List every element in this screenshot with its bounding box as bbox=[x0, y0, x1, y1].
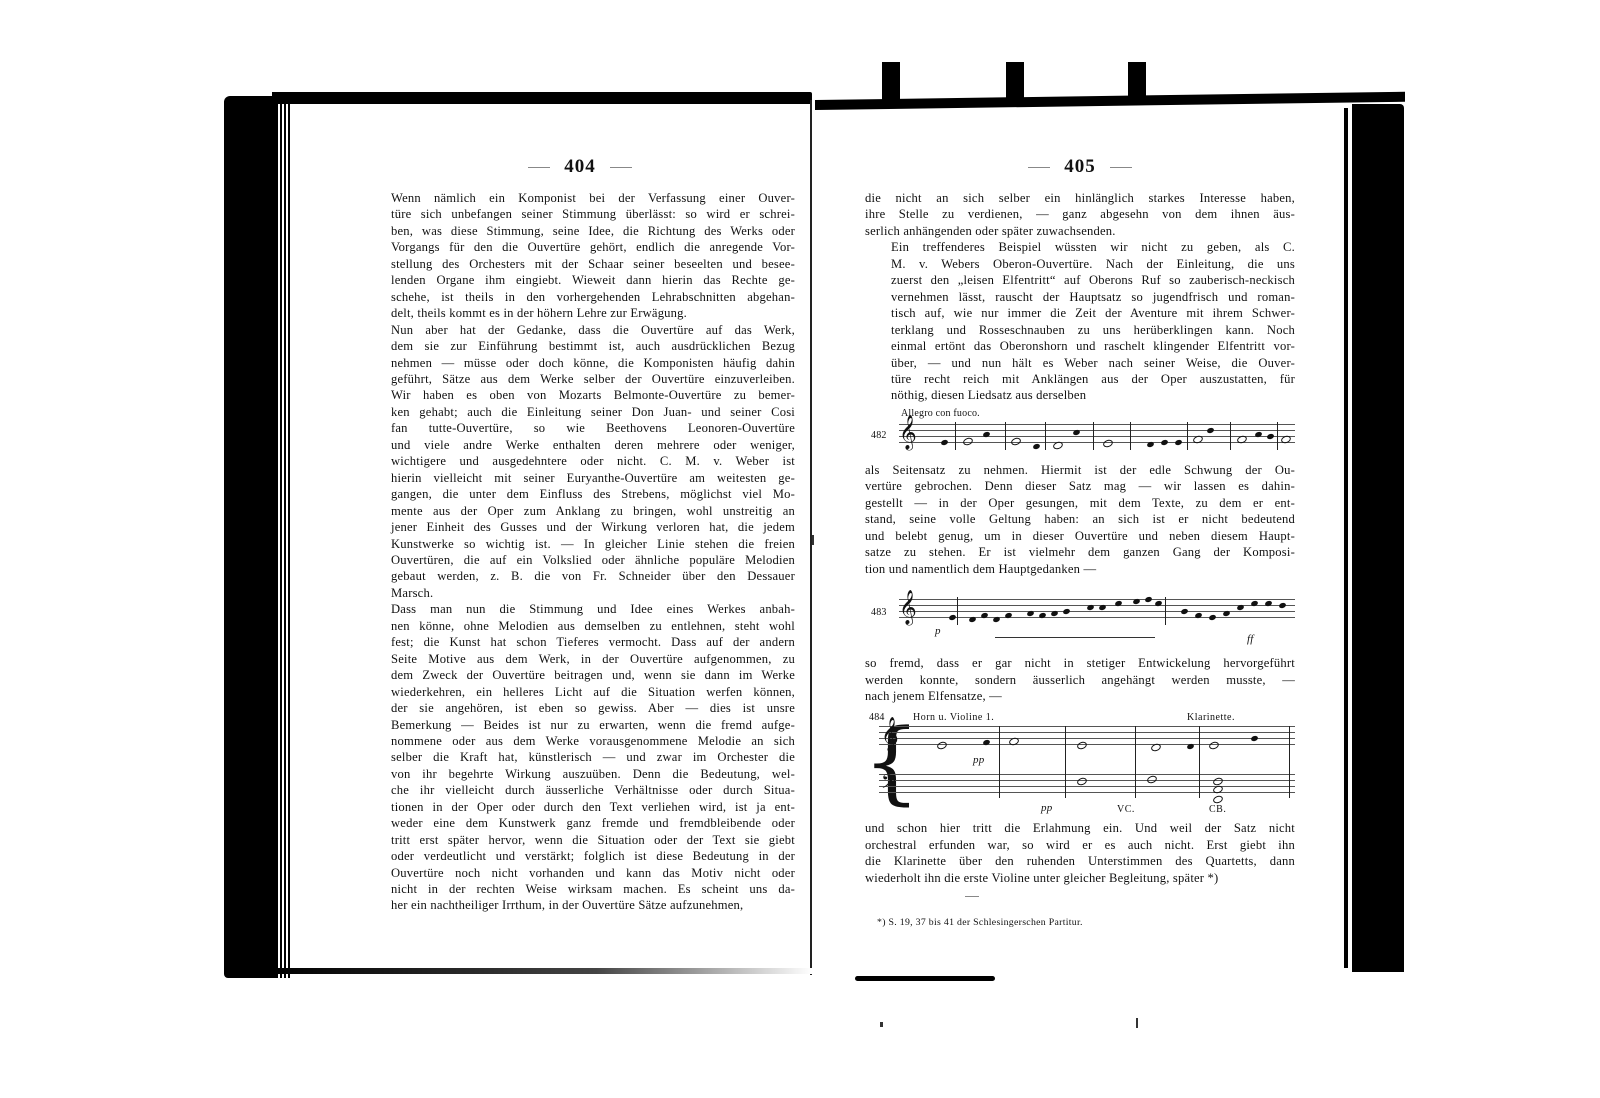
paragraph: Ein treffenderes Beispiel wüssten wir ni… bbox=[865, 239, 1295, 404]
text-line: oder verdeutlicht und verstärkt; folglic… bbox=[365, 848, 795, 864]
scan-speck bbox=[880, 1022, 883, 1027]
music-example-484: 484 Horn u. Violine 1. Klarinette. { 𝄞 𝄢 bbox=[865, 710, 1295, 814]
dynamic-marking: ff bbox=[1247, 631, 1254, 647]
text-line: Ouvertüre noch nicht vorhanden und kann … bbox=[365, 865, 795, 881]
header-rule bbox=[1028, 167, 1050, 168]
book-top-edge-right bbox=[815, 92, 1405, 110]
treble-clef-icon: 𝄞 bbox=[881, 720, 899, 750]
instrument-label: VC. bbox=[1117, 802, 1135, 818]
text-line: und schon hier tritt die Erlahmung ein. … bbox=[865, 820, 1295, 836]
text-line: nommene oder aus dem Werke vorausgenomme… bbox=[365, 733, 795, 749]
left-page: 404 Wenn nämlich ein Komponist bei der V… bbox=[365, 150, 795, 914]
text-line: stand, seine volle Geltung haben: an sic… bbox=[865, 511, 1295, 527]
text-line: jener Einheit des Gusses und der Wirkung… bbox=[365, 519, 795, 535]
tempo-marking: Allegro con fuoco. bbox=[901, 406, 1295, 418]
text-line: selber die Kraft hat, künstlerisch — und… bbox=[365, 749, 795, 765]
text-line: M. v. Webers Oberon-Ouvertüre. Nach der … bbox=[865, 256, 1295, 272]
barline bbox=[1130, 422, 1131, 450]
crescendo-hairpin bbox=[995, 637, 1155, 638]
barline bbox=[955, 422, 956, 450]
text-line: hierin vielleicht mit seiner Euryanthe-O… bbox=[365, 470, 795, 486]
instrument-label: Klarinette. bbox=[1187, 710, 1235, 726]
book-cover-right bbox=[1352, 104, 1404, 972]
footnote: *) S. 19, 37 bis 41 der Schlesingerschen… bbox=[865, 915, 1295, 931]
text-line: dem Zweck der Ouvertüre beitragen und, w… bbox=[365, 667, 795, 683]
music-example-483: 483 𝄞 p ff bbox=[865, 587, 1295, 649]
treble-clef-icon: 𝄞 bbox=[899, 418, 917, 448]
text-line: Bemerkung — Beides ist nur zu erwarten, … bbox=[365, 717, 795, 733]
page-tab-marker bbox=[1006, 62, 1024, 102]
text-line: Vorgangs für den die Ouvertüre gehört, e… bbox=[365, 239, 795, 255]
page-tab-marker bbox=[882, 62, 900, 102]
page-number-header: 405 bbox=[865, 156, 1295, 178]
text-line: dem sie zur Einführung bestimmt ist, auc… bbox=[365, 338, 795, 354]
text-line: geführt, Sätze aus dem Werke selber der … bbox=[365, 371, 795, 387]
paragraph: Dass man nun die Stimmung und Idee eines… bbox=[365, 601, 795, 914]
barline bbox=[1230, 422, 1231, 450]
text-line: ihre Stelle zu verdienen, — ganz abgeseh… bbox=[865, 206, 1295, 222]
page-number: 405 bbox=[1064, 156, 1096, 177]
text-line: nicht in der rechten Weise wirksam mache… bbox=[365, 881, 795, 897]
text-line: orchestral erfunden war, so wird er es a… bbox=[865, 837, 1295, 853]
text-line: wiederkehren, ein helleres Licht auf die… bbox=[365, 684, 795, 700]
text-line: schehe, ist theils in den vorhergehenden… bbox=[365, 289, 795, 305]
treble-clef-icon: 𝄞 bbox=[899, 593, 917, 623]
text-line: lenden Organe ihm eingiebt. Wieweit dann… bbox=[365, 272, 795, 288]
text-line: wiederholt ihn die erste Violine unter g… bbox=[865, 870, 1295, 886]
book-top-edge-left bbox=[272, 92, 812, 104]
barline bbox=[1135, 726, 1136, 798]
text-line: nach jenem Elfensatze, — bbox=[865, 688, 1295, 704]
music-example-482: Allegro con fuoco. 482 𝄞 bbox=[865, 406, 1295, 456]
text-line: zuerst den „leisen Elfentritt“ auf Obero… bbox=[865, 272, 1295, 288]
scan-speck bbox=[1136, 1018, 1138, 1028]
text-line: satze zu stehen. Er ist vielmehr dem gan… bbox=[865, 544, 1295, 560]
paragraph: als Seitensatz zu nehmen. Hiermit ist de… bbox=[865, 462, 1295, 577]
page-tab-marker bbox=[1128, 62, 1146, 102]
text-line: her ein nachtheiliger Irrthum, in der Ou… bbox=[365, 897, 795, 913]
text-line: Ouvertüren, die auf ein Volkslied oder ä… bbox=[365, 552, 795, 568]
body-text: die nicht an sich selber ein hinlänglich… bbox=[865, 190, 1295, 932]
text-line: nöthig, diesen Liedsatz aus derselben bbox=[865, 387, 1295, 403]
bass-clef-icon: 𝄢 bbox=[881, 770, 897, 800]
music-note bbox=[1150, 743, 1162, 753]
text-line: tionen in der Oper oder durch den Text v… bbox=[365, 799, 795, 815]
text-line: stellung des Orchesters mit der Schaar s… bbox=[365, 256, 795, 272]
text-line: türe sich unbefangen seiner Stimmung übe… bbox=[365, 206, 795, 222]
body-text: Wenn nämlich ein Komponist bei der Verfa… bbox=[365, 190, 795, 914]
text-line: Nun aber hat der Gedanke, dass die Ouver… bbox=[365, 322, 795, 338]
text-line: che ihr vielleicht durch äusserliche Ver… bbox=[365, 782, 795, 798]
dynamic-marking: p bbox=[935, 623, 941, 639]
text-line: Seite Motive aus dem Werk, in der Ouvert… bbox=[365, 651, 795, 667]
example-number: 483 bbox=[871, 605, 887, 621]
book-cover-left bbox=[224, 96, 282, 978]
barline bbox=[1065, 726, 1066, 798]
text-line: tritt erst später hervor, wenn die Situa… bbox=[365, 832, 795, 848]
book-bottom-edge-left bbox=[272, 968, 812, 974]
text-line: fest; die Kunst hat schon Tieferes vermo… bbox=[365, 634, 795, 650]
page-number-header: 404 bbox=[365, 156, 795, 178]
text-line: serlich anhängenden oder später zuwachse… bbox=[865, 223, 1295, 239]
text-line: werden konnte, sondern äusserlich angehä… bbox=[865, 672, 1295, 688]
text-line: und viele andre Werke enthalten deren me… bbox=[365, 437, 795, 453]
instrument-label: CB. bbox=[1209, 802, 1226, 818]
dynamic-marking: pp bbox=[973, 752, 984, 768]
text-line: von ihr begehrte Wirkung auszuüben. Denn… bbox=[365, 766, 795, 782]
text-line: türe recht reich mit Anklängen aus der O… bbox=[865, 371, 1295, 387]
text-line: fan tutte-Ouvertüre, so wie Beethovens L… bbox=[365, 420, 795, 436]
text-line: gestellt — in der Oper gesungen, mit dem… bbox=[865, 495, 1295, 511]
text-line: Wenn nämlich ein Komponist bei der Verfa… bbox=[365, 190, 795, 206]
text-line: nen könne, ohne Melodien aus demselben z… bbox=[365, 618, 795, 634]
page-edges-left bbox=[276, 96, 290, 978]
text-line: über, — und nun hält es Weber nach seine… bbox=[865, 355, 1295, 371]
text-line: terklang und Rosseschnauben zu uns herüb… bbox=[865, 322, 1295, 338]
text-line: weder eine dem Kunstwerk ganz fremde und… bbox=[365, 815, 795, 831]
text-line: Kunstwerke so wichtig ist. — In gleicher… bbox=[365, 536, 795, 552]
header-rule bbox=[528, 167, 550, 168]
text-line: Wir haben es oben von Mozarts Belmonte-O… bbox=[365, 387, 795, 403]
right-page: 405 die nicht an sich selber ein hinläng… bbox=[865, 150, 1295, 932]
text-line: und belebt genug, um in dieser Ouvertüre… bbox=[865, 528, 1295, 544]
text-line: wichtigere und ausgedehntere oder nicht.… bbox=[365, 453, 795, 469]
barline bbox=[957, 597, 958, 625]
book-bottom-edge-right bbox=[855, 976, 995, 981]
text-line: delt, theils kommt es in der höhern Lehr… bbox=[365, 305, 795, 321]
text-line: Dass man nun die Stimmung und Idee eines… bbox=[365, 601, 795, 617]
page-edges-right bbox=[1344, 108, 1348, 968]
dynamic-marking: pp bbox=[1041, 800, 1052, 816]
barline bbox=[1045, 422, 1046, 450]
page-number: 404 bbox=[564, 156, 596, 177]
text-line: so fremd, dass er gar nicht in stetiger … bbox=[865, 655, 1295, 671]
instrument-label: Horn u. Violine 1. bbox=[913, 710, 994, 726]
text-line: gebaut werden, z. B. die von Fr. Schneid… bbox=[365, 568, 795, 584]
header-rule bbox=[610, 167, 632, 168]
paragraph: Nun aber hat der Gedanke, dass die Ouver… bbox=[365, 322, 795, 602]
header-rule bbox=[1110, 167, 1132, 168]
text-line: nehmen — müsse oder doch könne, die Komp… bbox=[365, 355, 795, 371]
text-line: die nicht an sich selber ein hinlänglich… bbox=[865, 190, 1295, 206]
text-line: ken gehabt; auch die Einleitung seiner D… bbox=[365, 404, 795, 420]
music-staff bbox=[899, 424, 1295, 448]
music-staff bbox=[899, 599, 1295, 623]
barline bbox=[1199, 726, 1200, 798]
text-line: mente aus der Oper zum Anklang zu bringe… bbox=[365, 503, 795, 519]
text-line: vertüre gebrochen. Denn dieser Satz mag … bbox=[865, 478, 1295, 494]
text-line: als Seitensatz zu nehmen. Hiermit ist de… bbox=[865, 462, 1295, 478]
text-line: einmal ertönt das Oberonshorn und rasche… bbox=[865, 338, 1295, 354]
text-line: Marsch. bbox=[365, 585, 795, 601]
text-line: tion und namentlich dem Hauptgedanken — bbox=[865, 561, 1295, 577]
barline bbox=[1005, 422, 1006, 450]
text-line: gangen, die unter dem Einfluss des Streb… bbox=[365, 486, 795, 502]
text-line: Ein treffenderes Beispiel wüssten wir ni… bbox=[865, 239, 1295, 255]
footnote-rule bbox=[965, 896, 979, 897]
scan-speck bbox=[812, 535, 814, 545]
text-line: vernehmen lässt, rauscht der Hauptsatz s… bbox=[865, 289, 1295, 305]
barline bbox=[1093, 422, 1094, 450]
paragraph: und schon hier tritt die Erlahmung ein. … bbox=[865, 820, 1295, 886]
text-line: tisch auf, wie nur immer die Zeit der Av… bbox=[865, 305, 1295, 321]
example-number: 482 bbox=[871, 428, 887, 444]
text-line: ben, was diese Stimmung, seine Idee, die… bbox=[365, 223, 795, 239]
final-barline bbox=[1289, 726, 1293, 798]
barline bbox=[1165, 597, 1166, 625]
music-staff-lower bbox=[879, 774, 1295, 798]
barline bbox=[1277, 422, 1278, 450]
barline bbox=[1187, 422, 1188, 450]
barline bbox=[999, 726, 1000, 798]
text-line: der sie angehören, ist eben so gewiss. A… bbox=[365, 700, 795, 716]
paragraph: die nicht an sich selber ein hinlänglich… bbox=[865, 190, 1295, 239]
paragraph: so fremd, dass er gar nicht in stetiger … bbox=[865, 655, 1295, 704]
paragraph: Wenn nämlich ein Komponist bei der Verfa… bbox=[365, 190, 795, 322]
text-line: die Klarinette über den ruhenden Unterst… bbox=[865, 853, 1295, 869]
music-note bbox=[1032, 443, 1040, 450]
